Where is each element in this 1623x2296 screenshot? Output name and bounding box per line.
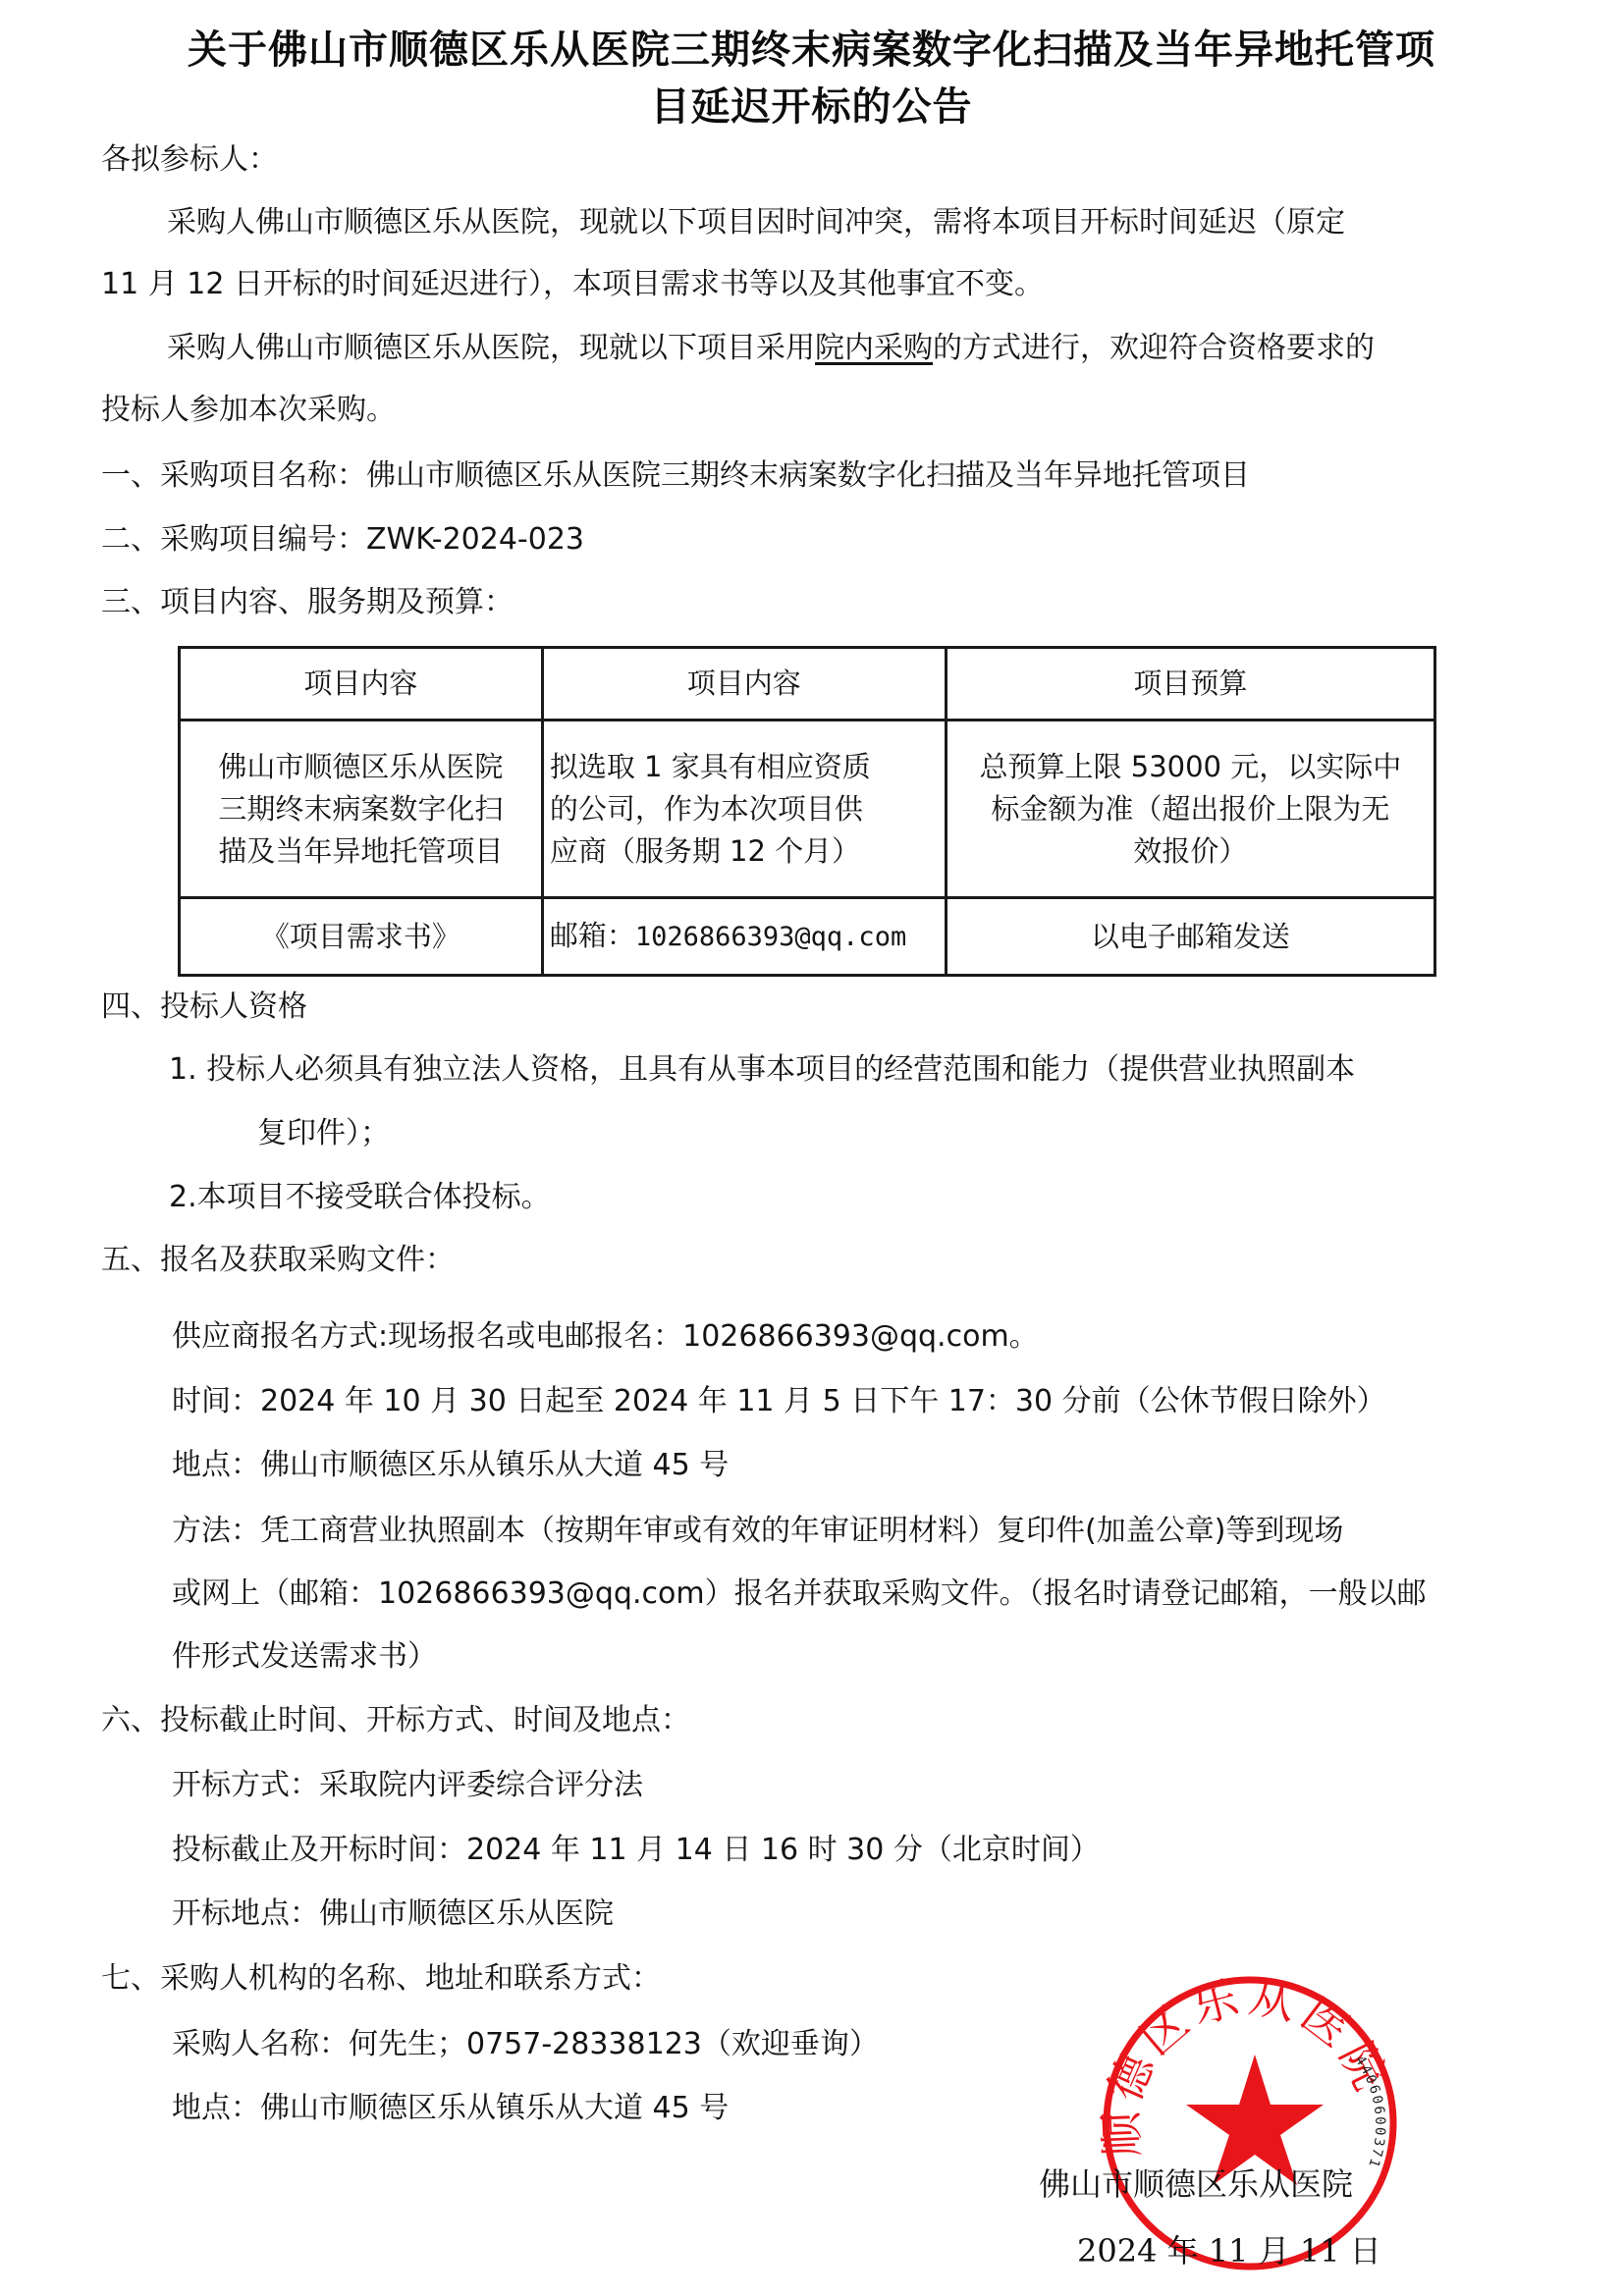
project-budget-table: 项目内容 项目内容 项目预算 佛山市顺德区乐从医院 三期终末病案数字化扫 描及当… xyxy=(178,646,1436,977)
registration-method: 供应商报名方式:现场报名或电邮报名：1026866393@qq.com。 xyxy=(172,1317,1039,1357)
project-content-cell: 佛山市顺德区乐从医院 三期终末病案数字化扫 描及当年异地托管项目 xyxy=(180,721,543,898)
section-1-project-name: 一、采购项目名称：佛山市顺德区乐从医院三期终末病案数字化扫描及当年异地托管项目 xyxy=(101,456,1250,496)
bid-opening-place: 开标地点：佛山市顺德区乐从医院 xyxy=(172,1895,614,1934)
requirements-doc-cell: 《项目需求书》 xyxy=(180,898,543,976)
intro-paragraph-1-line-2: 11 月 12 日开标的时间延迟进行），本项目需求书等以及其他事宜不变。 xyxy=(101,265,1044,304)
official-seal-stamp-icon: 顺德区乐从医院 44060600371 xyxy=(1098,1971,1402,2275)
procurement-method-underlined: 院内采购 xyxy=(815,331,933,365)
section-4-heading: 四、投标人资格 xyxy=(101,988,307,1027)
document-title-line-2: 目延迟开标的公告 xyxy=(59,79,1564,135)
cell-line: 标金额为准（超出报价上限为无 xyxy=(953,788,1428,830)
intro-text-after: 的方式进行，欢迎符合资格要求的 xyxy=(933,331,1375,365)
intro-text-before: 采购人佛山市顺德区乐从医院，现就以下项目采用 xyxy=(167,331,815,365)
signature-organization: 佛山市顺德区乐从医院 xyxy=(1039,2164,1353,2204)
bid-opening-method: 开标方式：采取院内评委综合评分法 xyxy=(172,1766,643,1805)
cell-line: 总预算上限 53000 元，以实际中 xyxy=(953,746,1428,788)
purchaser-contact: 采购人名称：何先生；0757-28338123（欢迎垂询） xyxy=(172,2025,879,2064)
bid-deadline: 投标截止及开标时间：2024 年 11 月 14 日 16 时 30 分（北京时… xyxy=(172,1831,1100,1870)
table-row: 《项目需求书》 邮箱：1026866393@qq.com 以电子邮箱发送 xyxy=(180,898,1435,976)
section-2-project-number: 二、采购项目编号：ZWK-2024-023 xyxy=(101,520,584,560)
signature-date: 2024 年 11 月 11 日 xyxy=(1077,2231,1381,2270)
section-5-heading: 五、报名及获取采购文件： xyxy=(101,1241,455,1280)
registration-procedure-line-1: 方法：凭工商营业执照副本（按期年审或有效的年审证明材料）复印件(加盖公章)等到现… xyxy=(172,1512,1343,1551)
table-header-cell: 项目内容 xyxy=(180,648,543,721)
intro-paragraph-2-line-2: 投标人参加本次采购。 xyxy=(101,391,396,430)
registration-procedure-line-3: 件形式发送需求书） xyxy=(172,1637,437,1677)
intro-paragraph-2-line-1: 采购人佛山市顺德区乐从医院，现就以下项目采用院内采购的方式进行，欢迎符合资格要求… xyxy=(167,329,1375,368)
section-7-heading: 七、采购人机构的名称、地址和联系方式： xyxy=(101,1959,661,1999)
cell-line: 佛山市顺德区乐从医院 xyxy=(187,746,535,788)
cell-line: 的公司，作为本次项目供 xyxy=(550,788,939,830)
intro-paragraph-1-line-1: 采购人佛山市顺德区乐从医院，现就以下项目因时间冲突，需将本项目开标时间延迟（原定 xyxy=(167,203,1345,242)
cell-line: 三期终末病案数字化扫 xyxy=(187,788,535,830)
table-row: 佛山市顺德区乐从医院 三期终末病案数字化扫 描及当年异地托管项目 拟选取 1 家… xyxy=(180,721,1435,898)
registration-location: 地点：佛山市顺德区乐从镇乐从大道 45 号 xyxy=(172,1446,729,1485)
cell-line: 应商（服务期 12 个月） xyxy=(550,830,939,873)
purchaser-address: 地点：佛山市顺德区乐从镇乐从大道 45 号 xyxy=(172,2089,729,2128)
service-description-cell: 拟选取 1 家具有相应资质 的公司，作为本次项目供 应商（服务期 12 个月） xyxy=(542,721,946,898)
qualification-item-2: 2.本项目不接受联合体投标。 xyxy=(169,1178,551,1217)
announcement-page: 关于佛山市顺德区乐从医院三期终末病案数字化扫描及当年异地托管项 目延迟开标的公告… xyxy=(0,0,1623,2296)
registration-procedure-line-2: 或网上（邮箱：1026866393@qq.com）报名并获取采购文件。（报名时请… xyxy=(172,1575,1427,1614)
email-address-link[interactable]: 1026866393@qq.com xyxy=(635,922,906,952)
document-title-line-1: 关于佛山市顺德区乐从医院三期终末病案数字化扫描及当年异地托管项 xyxy=(59,22,1564,79)
table-header-cell: 项目内容 xyxy=(542,648,946,721)
cell-line: 效报价） xyxy=(953,830,1428,873)
budget-cell: 总预算上限 53000 元，以实际中 标金额为准（超出报价上限为无 效报价） xyxy=(946,721,1434,898)
cell-line: 描及当年异地托管项目 xyxy=(187,830,535,873)
qualification-item-1-line-2: 复印件）； xyxy=(257,1114,390,1153)
salutation: 各拟参标人： xyxy=(101,140,278,180)
cell-line: 拟选取 1 家具有相应资质 xyxy=(550,746,939,788)
section-6-heading: 六、投标截止时间、开标方式、时间及地点： xyxy=(101,1701,690,1740)
table-header-row: 项目内容 项目内容 项目预算 xyxy=(180,648,1435,721)
table-header-cell: 项目预算 xyxy=(946,648,1434,721)
registration-time: 时间：2024 年 10 月 30 日起至 2024 年 11 月 5 日下午 … xyxy=(172,1382,1386,1421)
qualification-item-1-line-1: 1. 投标人必须具有独立法人资格，且具有从事本项目的经营范围和能力（提供营业执照… xyxy=(169,1050,1355,1090)
email-cell: 邮箱：1026866393@qq.com xyxy=(542,898,946,976)
section-3-heading: 三、项目内容、服务期及预算： xyxy=(101,583,514,622)
email-label: 邮箱： xyxy=(550,919,635,952)
delivery-method-cell: 以电子邮箱发送 xyxy=(946,898,1434,976)
